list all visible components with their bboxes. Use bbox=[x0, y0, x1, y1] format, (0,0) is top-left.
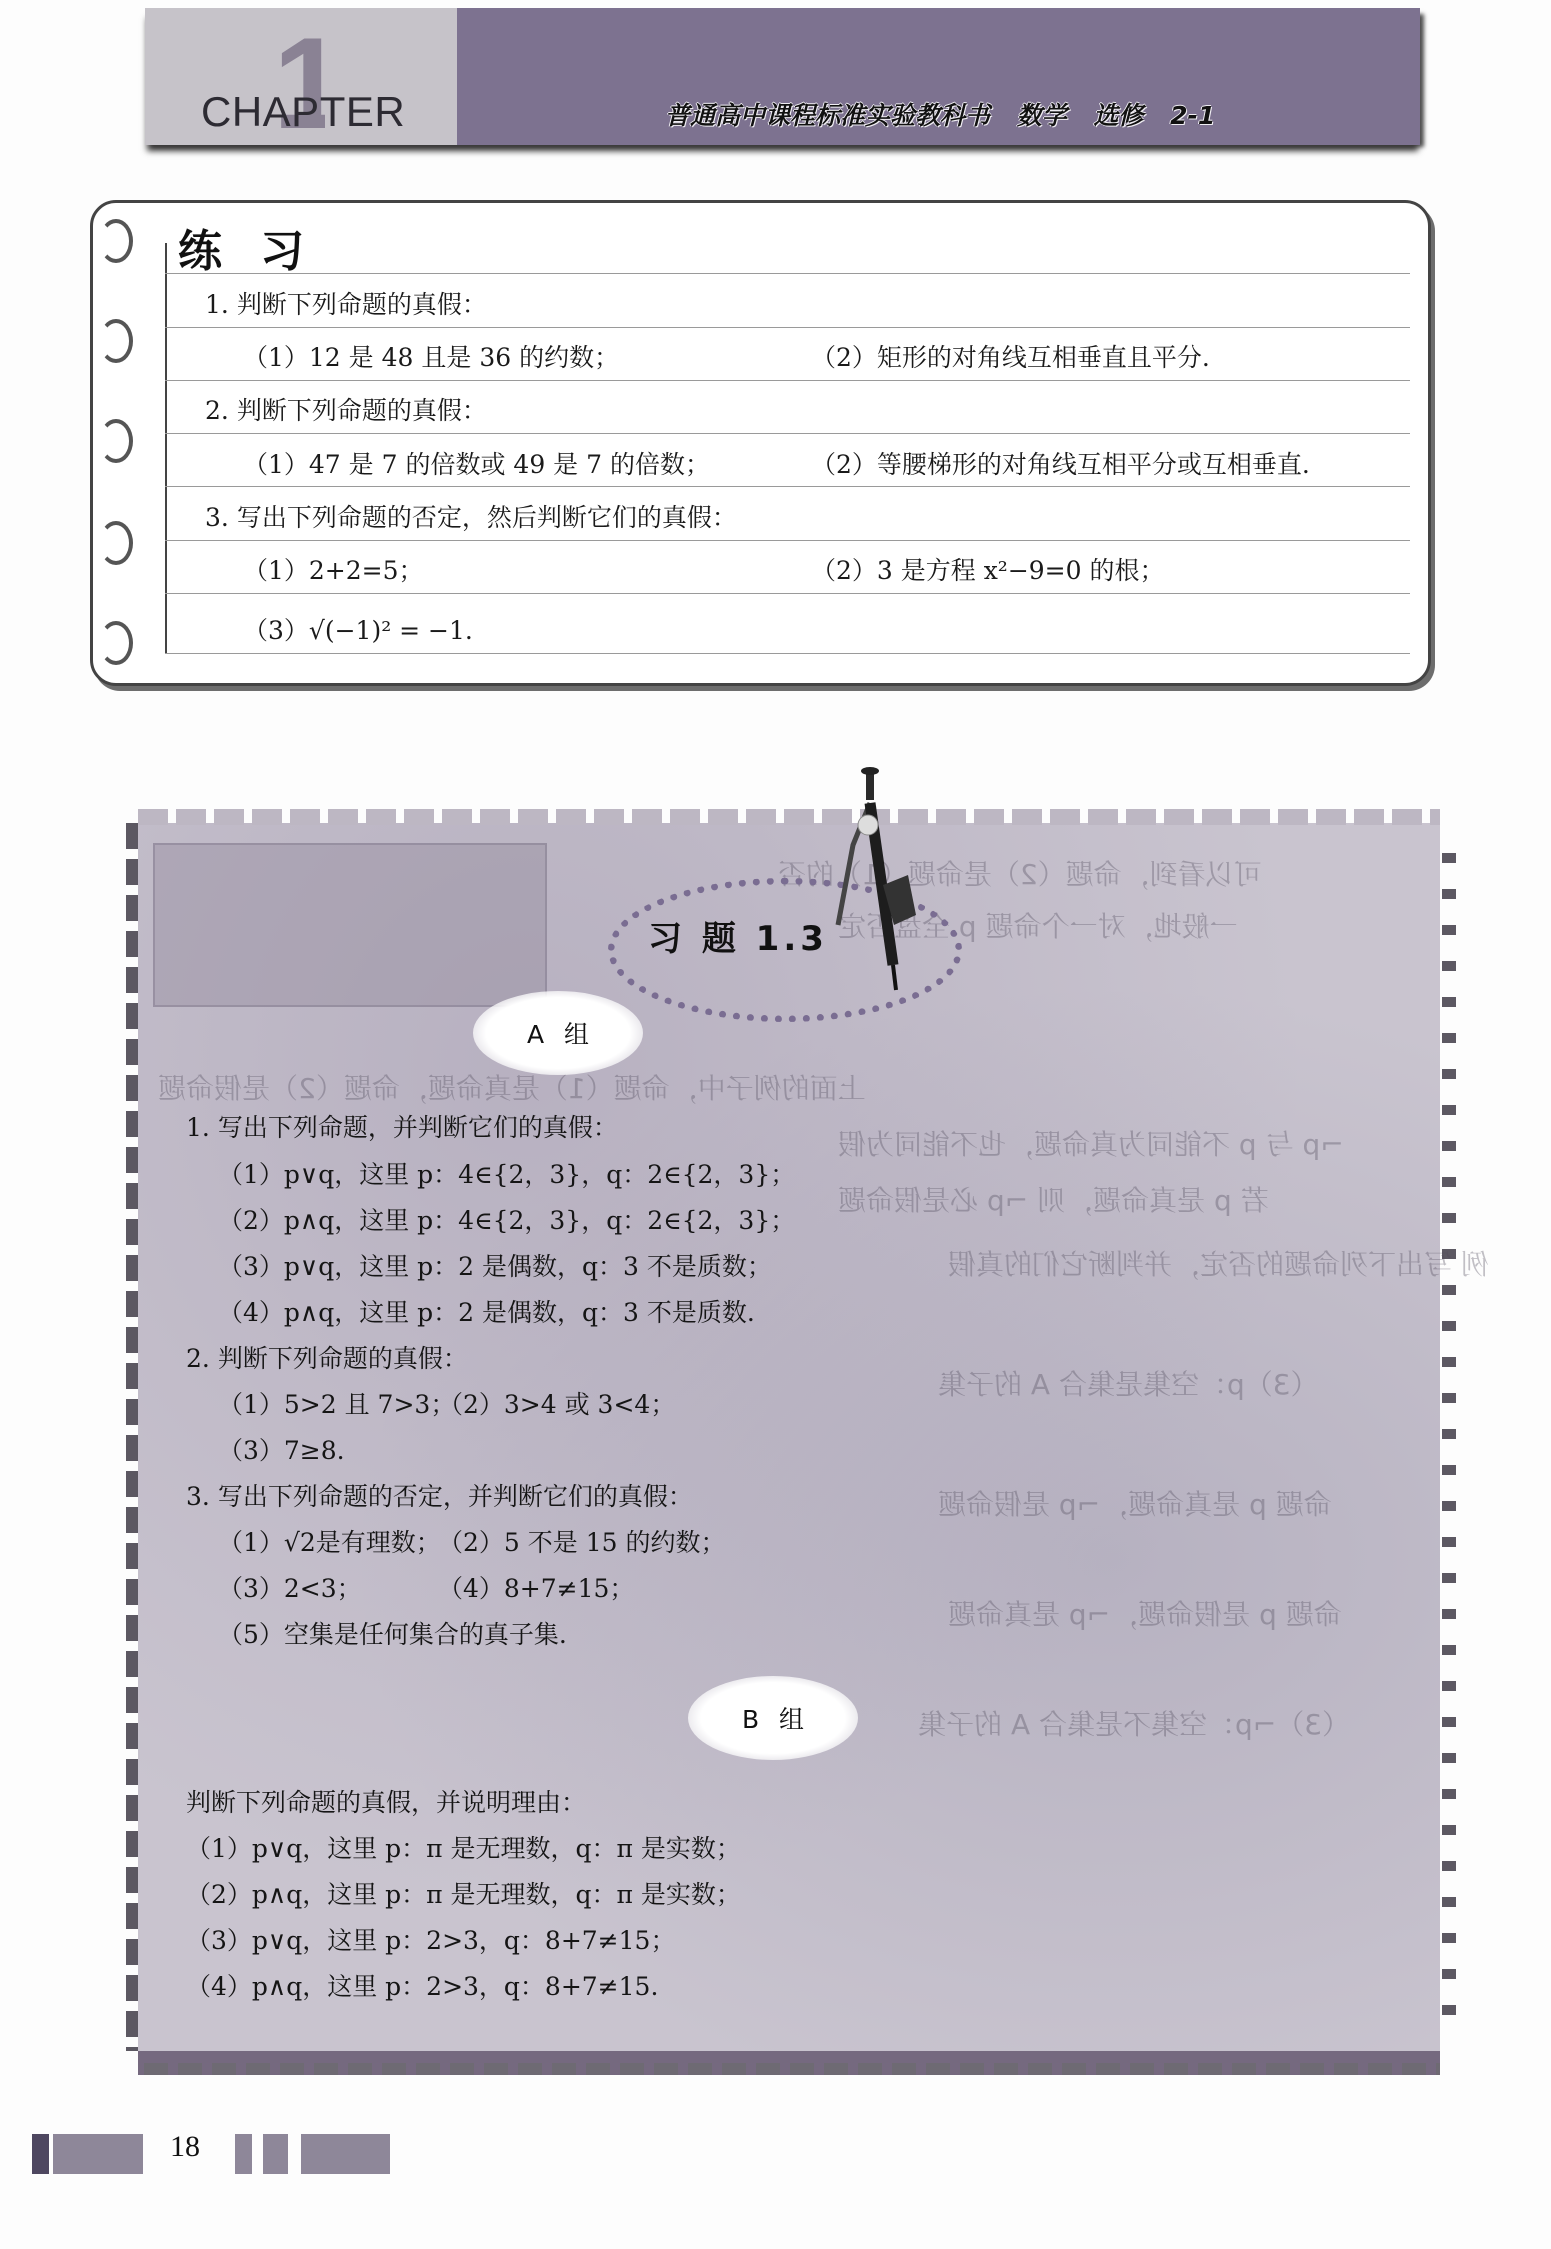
ruled-line bbox=[165, 653, 1410, 654]
question-prompt: 写出下列命题的否定，然后判断它们的真假： bbox=[237, 503, 737, 532]
sub-text: 3>4 或 3<4； bbox=[504, 1390, 675, 1419]
perforated-edge bbox=[138, 2051, 1440, 2075]
practice-q3-sub3: （3）√(−1)² = −1. bbox=[243, 611, 473, 647]
book-title: 普通高中课程标准实验教科书 数学 选修 2-1 bbox=[665, 96, 1215, 132]
sub-text: √2是有理数； bbox=[284, 1528, 441, 1557]
sub-label: （2） bbox=[186, 1880, 252, 1909]
practice-q1-sub2: （2）矩形的对角线互相垂直且平分. bbox=[811, 338, 1210, 374]
sub-label: （2） bbox=[438, 1390, 504, 1419]
sub-text: p∨q，这里 p：π 是无理数，q：π 是实数； bbox=[252, 1834, 741, 1863]
sub-label: （3） bbox=[186, 1926, 252, 1955]
footer-decoration bbox=[53, 2134, 143, 2174]
bleed-through-text: 命题 p 是假命题，¬p 是真命题 bbox=[948, 1593, 1342, 1633]
ruled-line bbox=[165, 593, 1410, 594]
practice-q2-sub2: （2）等腰梯形的对角线互相平分或互相垂直. bbox=[811, 445, 1310, 481]
exercise-a-q1-sub1: （1）p∨q，这里 p：4∈{2，3}，q：2∈{2，3}； bbox=[218, 1155, 795, 1191]
sub-text: 等腰梯形的对角线互相平分或互相垂直. bbox=[877, 450, 1310, 479]
sub-text: 5>2 且 7>3； bbox=[284, 1390, 455, 1419]
exercise-a-q3-sub4: （4）8+7≠15； bbox=[438, 1569, 634, 1605]
sub-text: p∨q，这里 p：2>3，q：8+7≠15； bbox=[252, 1926, 676, 1955]
practice-box: 练习 1. 判断下列命题的真假： （1）12 是 48 且是 36 的约数； （… bbox=[90, 200, 1431, 686]
exercise-b-sub3: （3）p∨q，这里 p：2>3，q：8+7≠15； bbox=[186, 1921, 675, 1957]
sub-label: （1） bbox=[243, 556, 309, 585]
sub-label: （2） bbox=[811, 343, 877, 372]
group-a-badge: A 组 bbox=[473, 991, 643, 1075]
sub-text: 矩形的对角线互相垂直且平分. bbox=[877, 343, 1210, 372]
exercise-a-q3-sub3: （3）2<3； bbox=[218, 1569, 362, 1605]
ruled-line bbox=[165, 486, 1410, 487]
sub-label: （3） bbox=[243, 616, 309, 645]
practice-q3-sub2: （2）3 是方程 x²−9=0 的根； bbox=[811, 551, 1164, 587]
margin-line bbox=[165, 243, 167, 653]
sub-text: 12 是 48 且是 36 的约数； bbox=[309, 343, 619, 372]
sub-label: （4） bbox=[186, 1972, 252, 2001]
exercise-a-q2-sub3: （3）7≥8. bbox=[218, 1431, 345, 1467]
sub-text: √(−1)² = −1. bbox=[309, 616, 473, 645]
exercise-a-q1-sub2: （2）p∧q，这里 p：4∈{2，3}，q：2∈{2，3}； bbox=[218, 1201, 795, 1237]
sub-label: （2） bbox=[811, 556, 877, 585]
binder-ring-icon bbox=[99, 419, 133, 463]
exercise-a-question-3: 3. 写出下列命题的否定，并判断它们的真假： bbox=[186, 1477, 693, 1513]
sub-label: （2） bbox=[811, 450, 877, 479]
ruled-line bbox=[165, 327, 1410, 328]
binder-ring-icon bbox=[99, 521, 133, 565]
question-prompt: 判断下列命题的真假： bbox=[218, 1344, 468, 1373]
footer-decoration bbox=[301, 2134, 390, 2174]
footer-decoration bbox=[235, 2134, 252, 2174]
practice-question-1: 1. 判断下列命题的真假： bbox=[205, 285, 487, 321]
question-number: 3. bbox=[205, 503, 229, 532]
bleed-through-text: 若 p 是真命题，则 ¬p 必是假命题 bbox=[838, 1179, 1269, 1219]
sub-text: 2+2=5； bbox=[309, 556, 424, 585]
practice-question-3: 3. 写出下列命题的否定，然后判断它们的真假： bbox=[205, 498, 737, 534]
exercise-a-q1-sub3: （3）p∨q，这里 p：2 是偶数，q：3 不是质数； bbox=[218, 1247, 772, 1283]
question-number: 2. bbox=[186, 1344, 210, 1373]
exercise-a-q3-sub5: （5）空集是任何集合的真子集. bbox=[218, 1615, 567, 1651]
exercise-b-sub4: （4）p∧q，这里 p：2>3，q：8+7≠15. bbox=[186, 1967, 658, 2003]
sub-label: （1） bbox=[243, 343, 309, 372]
sub-text: 8+7≠15； bbox=[504, 1574, 635, 1603]
exercise-a-q2-sub2: （2）3>4 或 3<4； bbox=[438, 1385, 675, 1421]
sub-label: （2） bbox=[218, 1206, 284, 1235]
bleed-through-text: 上面的例子中，命题（1）是真命题，命题（2）是假命题 bbox=[158, 1067, 866, 1107]
practice-heading: 练习 bbox=[178, 215, 342, 279]
exercise-b-sub1: （1）p∨q，这里 p：π 是无理数，q：π 是实数； bbox=[186, 1829, 741, 1865]
practice-question-2: 2. 判断下列命题的真假： bbox=[205, 391, 487, 427]
question-number: 2. bbox=[205, 396, 229, 425]
chapter-label: CHAPTER bbox=[201, 88, 405, 136]
footer-decoration bbox=[263, 2134, 288, 2174]
ruled-line bbox=[165, 380, 1410, 381]
footer-decoration bbox=[32, 2134, 49, 2174]
exercise-b-prompt: 判断下列命题的真假，并说明理由： bbox=[186, 1783, 586, 1819]
practice-q3-sub1: （1）2+2=5； bbox=[243, 551, 424, 587]
binder-ring-icon bbox=[99, 621, 133, 665]
sub-text: 7≥8. bbox=[284, 1436, 345, 1465]
bleed-through-text: 命题 p 是真命题，¬p 是假命题 bbox=[938, 1483, 1332, 1523]
practice-q1-sub1: （1）12 是 48 且是 36 的约数； bbox=[243, 338, 619, 374]
page-number: 18 bbox=[170, 2130, 200, 2164]
sub-text: p∨q，这里 p：4∈{2，3}，q：2∈{2，3}； bbox=[284, 1160, 795, 1189]
chapter-banner: 1 CHAPTER 普通高中课程标准实验教科书 数学 选修 2-1 bbox=[145, 8, 1420, 145]
question-number: 1. bbox=[205, 290, 229, 319]
sub-text: p∧q，这里 p：2 是偶数，q：3 不是质数. bbox=[284, 1298, 755, 1327]
practice-q2-sub1: （1）47 是 7 的倍数或 49 是 7 的倍数； bbox=[243, 445, 710, 481]
sub-text: 空集是任何集合的真子集. bbox=[284, 1620, 567, 1649]
sub-label: （3） bbox=[218, 1436, 284, 1465]
compass-icon bbox=[798, 765, 948, 1015]
sub-label: （2） bbox=[438, 1528, 504, 1557]
exercise-panel: 可以看到，命题（2）是命题（1）的否 一般地，对一个命题 p 全盘否定 上面的例… bbox=[138, 823, 1440, 2051]
binder-ring-icon bbox=[99, 219, 133, 263]
sub-label: （1） bbox=[218, 1390, 284, 1419]
exercise-a-question-1: 1. 写出下列命题，并判断它们的真假： bbox=[186, 1108, 618, 1144]
exercise-a-q2-sub1: （1）5>2 且 7>3； bbox=[218, 1385, 455, 1421]
perforated-edge bbox=[126, 823, 138, 2051]
sub-label: （5） bbox=[218, 1620, 284, 1649]
bleed-through-text: ¬p 与 p 不能同为真命题，也不能同为假 bbox=[838, 1123, 1344, 1163]
ruled-line bbox=[165, 273, 1410, 274]
sub-label: （1） bbox=[218, 1160, 284, 1189]
exercise-a-q3-sub2: （2）5 不是 15 的约数； bbox=[438, 1523, 725, 1559]
sub-text: 3 是方程 x²−9=0 的根； bbox=[877, 556, 1165, 585]
binder-ring-icon bbox=[99, 319, 133, 363]
perforated-edge bbox=[1442, 853, 1456, 2041]
question-prompt: 判断下列命题的真假： bbox=[237, 396, 487, 425]
exercise-b-sub2: （2）p∧q，这里 p：π 是无理数，q：π 是实数； bbox=[186, 1875, 741, 1911]
question-prompt: 写出下列命题，并判断它们的真假： bbox=[218, 1113, 618, 1142]
sub-label: （4） bbox=[438, 1574, 504, 1603]
sub-label: （3） bbox=[218, 1252, 284, 1281]
ruled-line bbox=[165, 540, 1410, 541]
sub-label: （4） bbox=[218, 1298, 284, 1327]
ruled-line bbox=[165, 433, 1410, 434]
bleed-through-text: 例 写出下列命题的否定，并判断它们的真假 bbox=[948, 1243, 1489, 1283]
bleed-through-text: （3）p：空集是集合 A 的子集 bbox=[938, 1363, 1319, 1403]
sub-text: 5 不是 15 的约数； bbox=[504, 1528, 726, 1557]
sub-label: （1） bbox=[243, 450, 309, 479]
sub-text: 47 是 7 的倍数或 49 是 7 的倍数； bbox=[309, 450, 710, 479]
sub-text: p∧q，这里 p：4∈{2，3}，q：2∈{2，3}； bbox=[284, 1206, 795, 1235]
bleed-through-text: （3）¬p：空集不是集合 A 的子集 bbox=[918, 1703, 1350, 1743]
question-prompt: 写出下列命题的否定，并判断它们的真假： bbox=[218, 1482, 693, 1511]
sub-text: p∧q，这里 p：π 是无理数，q：π 是实数； bbox=[252, 1880, 741, 1909]
exercise-a-question-2: 2. 判断下列命题的真假： bbox=[186, 1339, 468, 1375]
group-b-badge: B 组 bbox=[688, 1676, 858, 1760]
question-number: 1. bbox=[186, 1113, 210, 1142]
sub-text: 2<3； bbox=[284, 1574, 362, 1603]
sub-label: （3） bbox=[218, 1574, 284, 1603]
sub-label: （1） bbox=[186, 1834, 252, 1863]
sub-text: p∧q，这里 p：2>3，q：8+7≠15. bbox=[252, 1972, 658, 2001]
exercise-a-q1-sub4: （4）p∧q，这里 p：2 是偶数，q：3 不是质数. bbox=[218, 1293, 755, 1329]
question-prompt: 判断下列命题的真假： bbox=[237, 290, 487, 319]
perforated-edge bbox=[138, 809, 1440, 825]
question-number: 3. bbox=[186, 1482, 210, 1511]
bleed-through-box bbox=[153, 843, 547, 1007]
exercise-a-q3-sub1: （1）√2是有理数； bbox=[218, 1523, 441, 1559]
sub-label: （1） bbox=[218, 1528, 284, 1557]
sub-text: p∨q，这里 p：2 是偶数，q：3 不是质数； bbox=[284, 1252, 772, 1281]
